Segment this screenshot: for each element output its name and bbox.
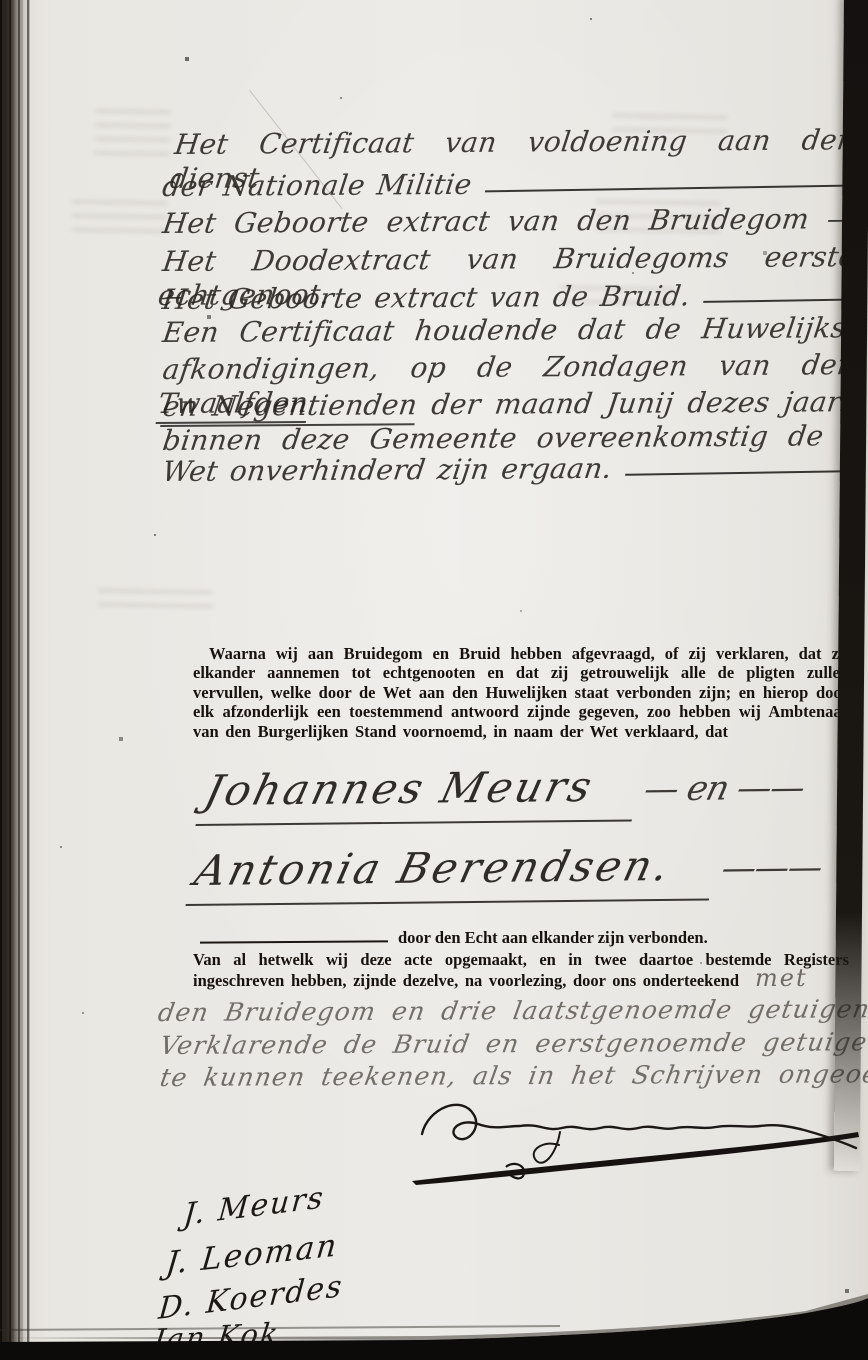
- handwritten-line-geboorte-bruidegom: Het Geboorte extract van den Bruidegom —: [160, 202, 858, 245]
- scanned-marriage-record-page: Het Certificaat van voldoening aan den d…: [0, 0, 868, 1360]
- handwritten-line-militie-2: der Nationale Militie: [160, 163, 858, 206]
- handwritten-rule: [625, 470, 855, 476]
- bleedthrough-smudge: [72, 195, 168, 239]
- printed-text: Van al hetwelk wij deze acte opgemaakt, …: [193, 950, 849, 990]
- handwritten-text: Het Geboorte extract van den Bruidegom —: [161, 202, 858, 240]
- handwritten-text: afkondigingen, op de Zondagen van den: [161, 348, 858, 386]
- bride-name-line: Antonia Berendsen.———: [188, 839, 828, 895]
- handwritten-rule: [485, 185, 855, 193]
- handwritten-rule: [703, 299, 854, 303]
- witness-signature-1: J. Meurs: [182, 1180, 326, 1233]
- handwritten-text: der Nationale Militie: [160, 168, 474, 204]
- groom-name: Johannes Meurs: [195, 761, 645, 826]
- handwritten-text: Het Geboorte extract van de Bruid.: [160, 279, 692, 317]
- groom-dash: — en ——: [640, 768, 809, 810]
- handwritten-underlined-date: en Negentienden: [160, 388, 419, 427]
- handwritten-line-certificaat-militie-1: Het Certificaat van voldoening aan den d…: [172, 123, 858, 166]
- handwritten-line-wet-onverhinderd: Wet onverhinderd zijn ergaan.: [160, 448, 858, 491]
- handwritten-rule: [200, 940, 388, 943]
- bottom-scan-edge: [0, 1282, 868, 1360]
- official-signature: [408, 1082, 864, 1187]
- signature-loop: [534, 1132, 560, 1163]
- printed-paragraph-declaration: Waarna wij aan Bruidegom en Bruid hebben…: [193, 644, 849, 741]
- closing-line-verklarende-bruid: Verklarende de Bruid en eerstgenoemde ge…: [158, 1027, 868, 1060]
- handwritten-text: der maand Junij dezes jaars: [430, 385, 858, 421]
- printed-echt-text: door den Echt aan elkander zijn verbonde…: [398, 928, 708, 948]
- closing-line-bruidegom-getuigen: den Bruidegom en drie laatstgenoemde get…: [156, 994, 868, 1027]
- bleedthrough-smudge: [94, 104, 170, 163]
- printed-paragraph-registers: Van al hetwelk wij deze acte opgemaakt, …: [193, 950, 849, 991]
- groom-name-line: Johannes Meurs— en ——: [198, 760, 811, 815]
- left-binding-shadow: [0, 0, 30, 1360]
- bleedthrough-smudge: [98, 584, 213, 610]
- echt-line: door den Echt aan elkander zijn verbonde…: [196, 928, 850, 948]
- handwritten-line-certificaat-huwelijks: Een Certificaat houdende dat de Huwelijk…: [160, 311, 858, 354]
- signature-paraph-stroke: [412, 1132, 859, 1185]
- bride-name: Antonia Berendsen.: [185, 841, 722, 906]
- bottom-thin-line: [0, 1326, 560, 1330]
- inline-handwritten-word: met: [755, 964, 808, 992]
- handwritten-text: Een Certificaat houdende dat de Huwelijk…: [161, 311, 858, 349]
- handwritten-text: Wet onverhinderd zijn ergaan.: [160, 452, 614, 489]
- handwritten-line-afkondigingen: afkondigingen, op de Zondagen van den Tw…: [160, 348, 858, 391]
- bride-dash: ———: [717, 847, 826, 888]
